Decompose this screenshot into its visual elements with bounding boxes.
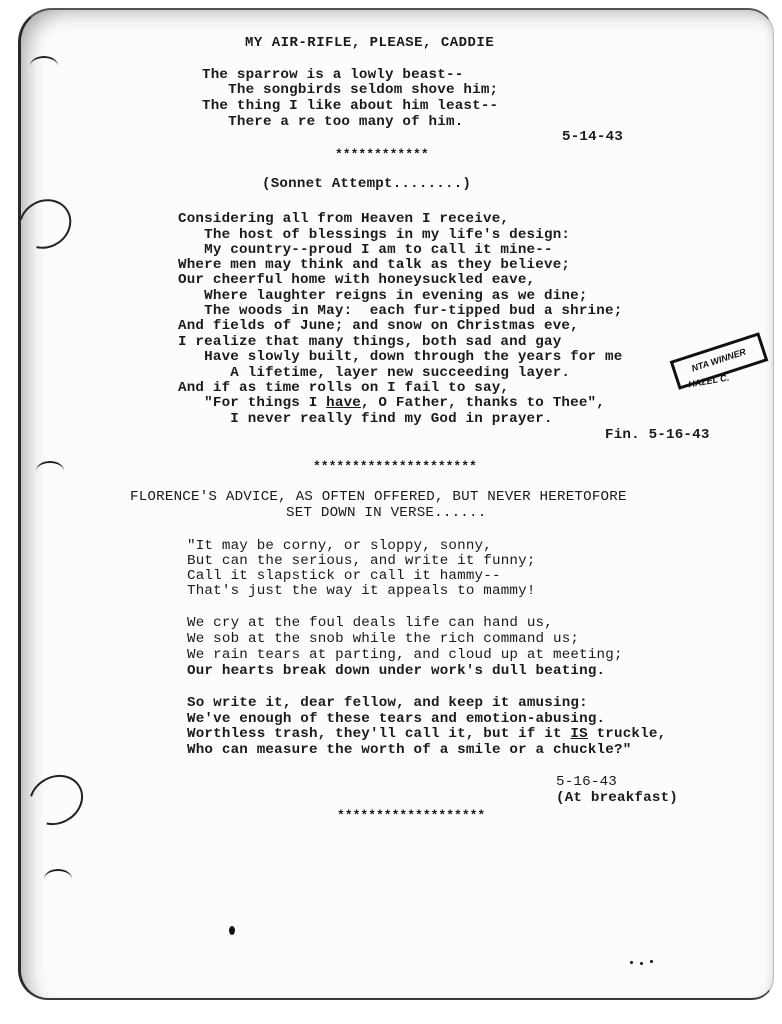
line-text: Worthless trash, they'll call it, but if…	[187, 726, 570, 742]
poem-title: (Sonnet Attempt........)	[262, 177, 471, 193]
section-separator: *******************	[337, 808, 485, 824]
poem-line: "For things I have, O Father, thanks to …	[178, 396, 605, 412]
section-separator: *********************	[313, 459, 477, 475]
poem-line: So write it, dear fellow, and keep it am…	[187, 696, 588, 712]
poem-title: MY AIR-RIFLE, PLEASE, CADDIE	[245, 36, 494, 52]
poem-line: I never really find my God in prayer.	[178, 412, 553, 428]
line-text: , O Father, thanks to Thee",	[361, 395, 605, 411]
punch-hole-arc	[36, 461, 64, 481]
poem-line: Considering all from Heaven I receive,	[178, 212, 509, 228]
poem-line: There a re too many of him.	[202, 115, 463, 131]
line-text: "For things I	[178, 395, 326, 411]
poem-line: That's just the way it appeals to mammy!	[187, 584, 536, 600]
poem-line: The songbirds seldom shove him;	[202, 83, 498, 99]
poem-line: Have slowly built, down through the year…	[178, 350, 622, 366]
section-separator: ************	[335, 147, 429, 163]
poem-date: 5-14-43	[562, 130, 623, 146]
poem-line: Worthless trash, they'll call it, but if…	[187, 727, 666, 743]
punch-hole-arc	[44, 869, 72, 889]
poem-line: We rain tears at parting, and cloud up a…	[187, 648, 623, 664]
poem-line: We cry at the foul deals life can hand u…	[187, 616, 553, 632]
poem-note: (At breakfast)	[556, 791, 678, 807]
poem-line: And fields of June; and snow on Christma…	[178, 319, 579, 335]
ink-speck	[630, 961, 633, 964]
ink-speck	[229, 926, 235, 935]
poem-date: Fin. 5-16-43	[605, 428, 710, 444]
underlined-word: have	[326, 395, 361, 411]
ink-speck	[640, 962, 643, 965]
poem-line: Who can measure the worth of a smile or …	[187, 743, 631, 759]
underlined-word: IS	[570, 726, 587, 742]
poem-line: Our cheerful home with honeysuckled eave…	[178, 273, 535, 289]
poem-line: Our hearts break down under work's dull …	[187, 664, 605, 680]
poem-line: We sob at the snob while the rich comman…	[187, 632, 579, 648]
line-text: truckle,	[588, 726, 666, 742]
ink-speck	[650, 960, 653, 963]
poem-title: FLORENCE'S ADVICE, AS OFTEN OFFERED, BUT…	[130, 490, 627, 506]
poem-line: The thing I like about him least--	[202, 99, 498, 115]
punch-hole-arc	[30, 56, 58, 76]
poem-title: SET DOWN IN VERSE......	[286, 506, 486, 522]
poem-date: 5-16-43	[556, 775, 617, 791]
